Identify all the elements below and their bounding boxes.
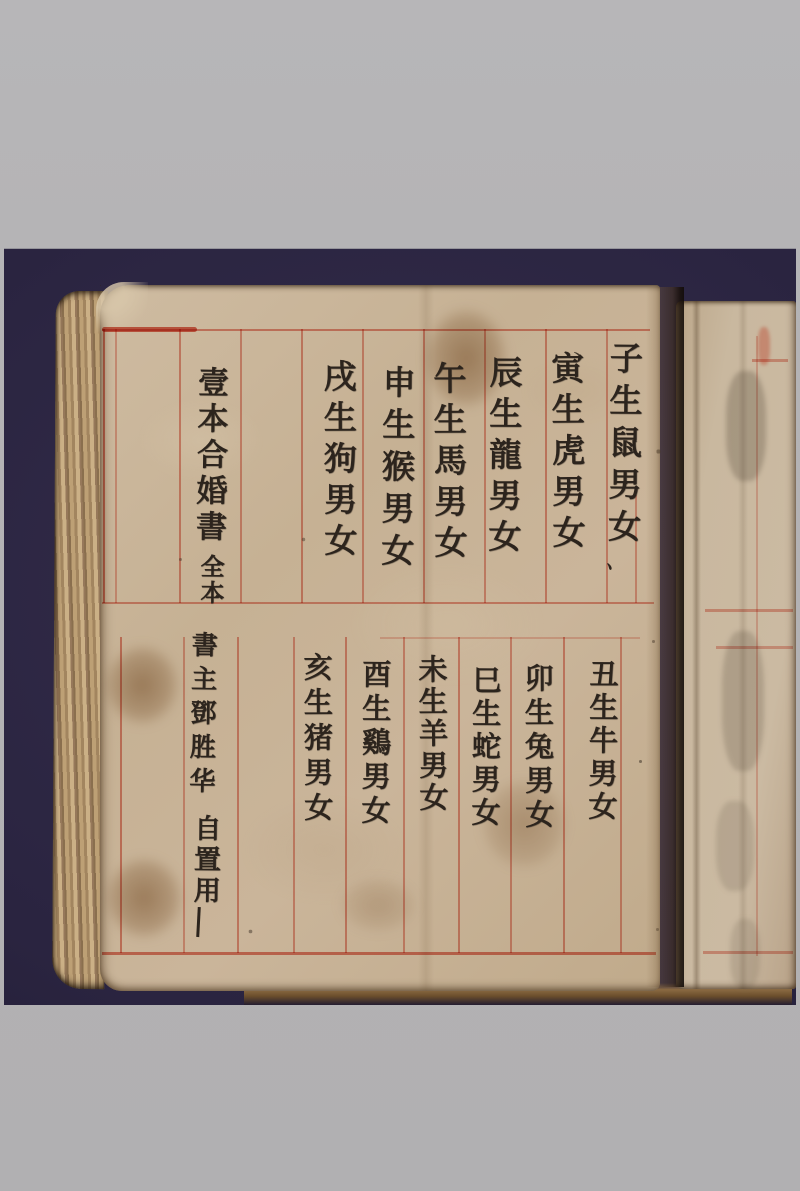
red-ruling-line-horizontal: [102, 329, 650, 331]
book-title-column: 壹本合婚書: [186, 366, 234, 547]
zodiac-column-monkey: 申生猴男女: [372, 365, 421, 575]
zodiac-column-dragon: 辰生龍男女: [479, 355, 527, 560]
owner-inscription: 書主鄧胜华: [182, 631, 222, 802]
zodiac-column-snake: 巳生蛇男女: [464, 665, 506, 830]
zodiac-column-rat: 子生鼠男女: [599, 341, 648, 551]
facing-page-partial: [676, 301, 796, 989]
stray-ink-dash: 丶: [569, 344, 587, 367]
ink-tail-stroke: [196, 907, 200, 937]
zodiac-column-ox: 丑生牛男女: [581, 659, 623, 824]
paper-crease: [692, 301, 701, 989]
owner-usage-note: 自置用: [185, 814, 225, 907]
zodiac-column-goat: 未生羊男女: [411, 654, 453, 814]
red-ruling-line-vertical: [293, 637, 295, 953]
red-ruling-line-vertical: [237, 637, 239, 953]
gutter-fold-shadow: [646, 287, 684, 987]
red-ruling-line-horizontal: [752, 359, 788, 362]
scanned-manuscript-photo: 子生鼠男女 寅生虎男女 辰生龍男女 午生馬男女 申生猴男女 戌生狗男女 丑生牛男…: [0, 0, 800, 1191]
zodiac-column-dog: 戌生狗男女: [314, 359, 362, 564]
red-ruling-line-vertical: [240, 329, 242, 603]
red-ruling-line-horizontal: [705, 609, 793, 612]
red-ruling-line-vertical: [103, 329, 105, 603]
scanner-bed-area: 子生鼠男女 寅生虎男女 辰生龍男女 午生馬男女 申生猴男女 戌生狗男女 丑生牛男…: [4, 248, 796, 1005]
zodiac-column-rooster: 酉生鷄男女: [354, 659, 396, 829]
red-ink-smudge: [758, 327, 770, 365]
zodiac-column-rabbit: 卯生兔男女: [517, 663, 559, 833]
zodiac-column-horse: 午生馬男女: [424, 361, 472, 566]
water-stain: [328, 869, 428, 941]
red-ruling-line-vertical: [458, 637, 460, 953]
ghost-text-smudge: [722, 631, 764, 771]
ghost-text-smudge: [730, 919, 760, 989]
ghost-text-smudge: [726, 371, 766, 481]
ink-specks: [100, 285, 101, 286]
ghost-text-smudge: [716, 801, 754, 891]
book-title-suffix: 全本: [193, 554, 228, 606]
red-ruling-line-horizontal: [102, 602, 654, 604]
water-stain: [94, 845, 194, 951]
red-ruling-line-vertical: [301, 329, 303, 603]
zodiac-column-tiger: 寅生虎男女: [542, 351, 591, 556]
red-ruling-line-vertical: [115, 329, 117, 603]
red-ruling-line-vertical: [179, 329, 181, 603]
water-stain: [94, 633, 190, 737]
zodiac-column-pig: 亥生猪男女: [297, 652, 339, 827]
red-ruling-line-horizontal: [102, 952, 656, 955]
manuscript-page: 子生鼠男女 寅生虎男女 辰生龍男女 午生馬男女 申生猴男女 戌生狗男女 丑生牛男…: [100, 285, 660, 991]
